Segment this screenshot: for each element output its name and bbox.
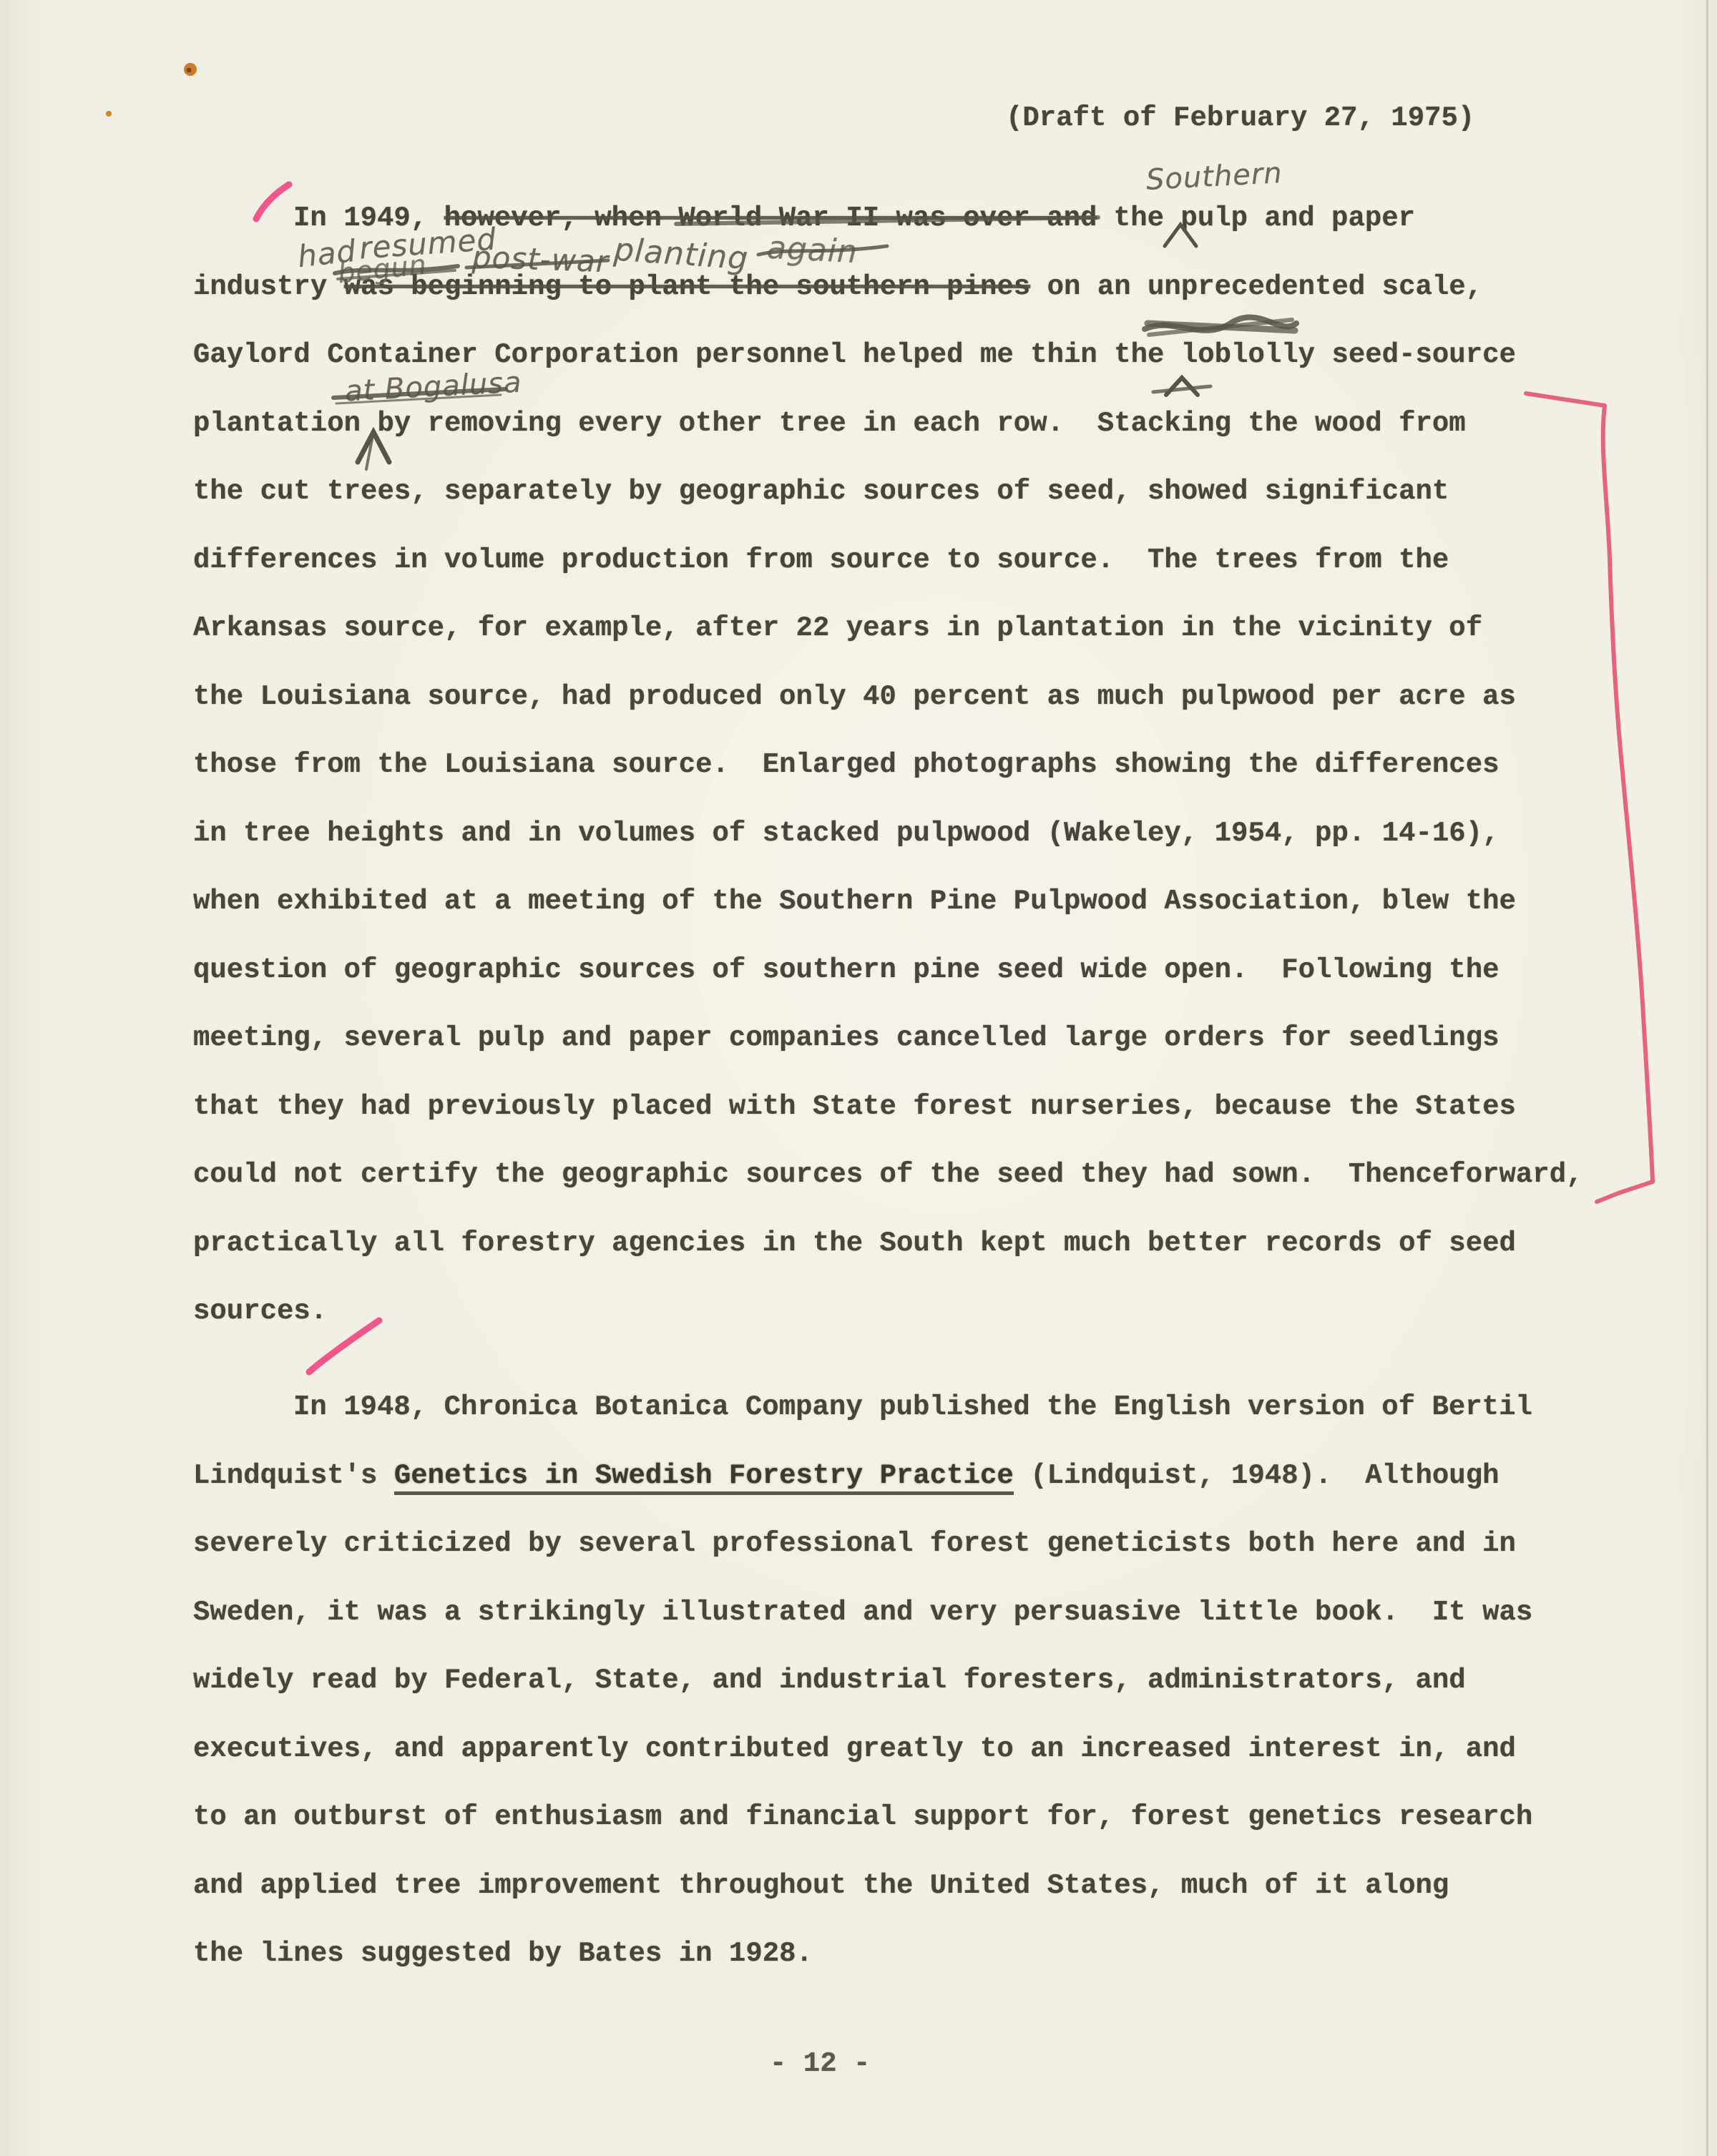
typed-text: sources. (193, 1295, 327, 1327)
typed-text: the cut trees, separately by geographic … (193, 476, 1449, 507)
typed-text: Lindquist's (193, 1460, 394, 1491)
paragraph-1949: In 1949, however, when World War II was … (193, 185, 1583, 1346)
typed-line: could not certify the geographic sources… (193, 1141, 1583, 1210)
typed-line: in tree heights and in volumes of stacke… (193, 800, 1583, 868)
handwritten-word-postwar-deleted: post-war (471, 240, 610, 280)
typed-text: to an outburst of enthusiasm and financi… (193, 1801, 1532, 1833)
book-title: Genetics in Swedish Forestry Practice (394, 1460, 1014, 1495)
typed-text: those from the Louisiana source. Enlarge… (193, 749, 1500, 780)
draft-date-note: (Draft of February 27, 1975) (1006, 102, 1474, 135)
typed-line: Lindquist's Genetics in Swedish Forestry… (193, 1442, 1532, 1511)
typed-text: practically all forestry agencies in the… (193, 1228, 1516, 1259)
typescript-page: (Draft of February 27, 1975) In 1949, ho… (0, 0, 1717, 2156)
typed-text: In 1948, Chronica Botanica Company publi… (293, 1391, 1532, 1423)
typed-text: the Louisiana source, had produced only … (193, 681, 1516, 712)
typed-line: Arkansas source, for example, after 22 y… (193, 594, 1583, 663)
typed-line: practically all forestry agencies in the… (193, 1210, 1583, 1278)
typed-text: widely read by Federal, State, and indus… (193, 1665, 1466, 1696)
typed-text: the lines suggested by Bates in 1928. (193, 1938, 813, 1969)
typed-text: Arkansas source, for example, after 22 y… (193, 612, 1482, 644)
typed-text: Sweden, it was a strikingly illustrated … (193, 1597, 1532, 1628)
typed-line: when exhibited at a meeting of the South… (193, 868, 1583, 936)
typed-line: and applied tree improvement throughout … (193, 1852, 1532, 1921)
typed-text: (Lindquist, 1948). Although (1014, 1460, 1500, 1491)
typed-text: plantation by removing every other tree … (193, 408, 1466, 439)
typed-text: Gaylord Container Corporation personnel … (193, 339, 1516, 371)
paragraph-1948: In 1948, Chronica Botanica Company publi… (193, 1373, 1532, 1989)
typed-line: differences in volume production from so… (193, 526, 1583, 595)
scan-edge-line (1706, 0, 1708, 2156)
typed-text: industry (193, 271, 344, 303)
orange-speck-small-icon (106, 111, 112, 117)
struck-text: was beginning to plant the southern pine… (344, 271, 1031, 303)
typed-line: executives, and apparently contributed g… (193, 1715, 1532, 1784)
typed-line: the lines suggested by Bates in 1928. (193, 1920, 1532, 1989)
typed-text: question of geographic sources of southe… (193, 954, 1500, 986)
typed-line: question of geographic sources of southe… (193, 936, 1583, 1005)
typed-line: severely criticized by several professio… (193, 1510, 1532, 1579)
typed-text: meeting, several pulp and paper companie… (193, 1022, 1500, 1054)
typed-text: when exhibited at a meeting of the South… (193, 886, 1516, 917)
typed-text: severely criticized by several professio… (193, 1528, 1516, 1559)
page-number: - 12 - (770, 2047, 870, 2081)
typed-line: sources. (193, 1278, 1583, 1346)
orange-speck-icon (184, 63, 197, 76)
typed-text: in tree heights and in volumes of stacke… (193, 818, 1500, 849)
typed-text: and applied tree improvement throughout … (193, 1870, 1449, 1901)
typed-text: that they had previously placed with Sta… (193, 1091, 1516, 1122)
typed-line: that they had previously placed with Sta… (193, 1073, 1583, 1142)
handwritten-word-again-deleted: again (766, 230, 858, 271)
typed-text: could not certify the geographic sources… (193, 1159, 1583, 1190)
typed-text: differences in volume production from so… (193, 544, 1449, 576)
typed-line: widely read by Federal, State, and indus… (193, 1647, 1532, 1715)
typed-text: executives, and apparently contributed g… (193, 1733, 1516, 1765)
typed-line: meeting, several pulp and paper companie… (193, 1004, 1583, 1073)
orange-speck-core-icon (187, 68, 192, 73)
typed-line: to an outburst of enthusiasm and financi… (193, 1783, 1532, 1852)
typed-line: Sweden, it was a strikingly illustrated … (193, 1579, 1532, 1647)
typed-line: In 1948, Chronica Botanica Company publi… (193, 1373, 1532, 1442)
typed-text: the pulp and paper (1097, 202, 1415, 234)
typed-line: the cut trees, separately by geographic … (193, 458, 1583, 526)
typed-text: on an unprecedented scale, (1030, 271, 1482, 303)
typed-line: the Louisiana source, had produced only … (193, 663, 1583, 732)
typed-line: those from the Louisiana source. Enlarge… (193, 731, 1583, 800)
